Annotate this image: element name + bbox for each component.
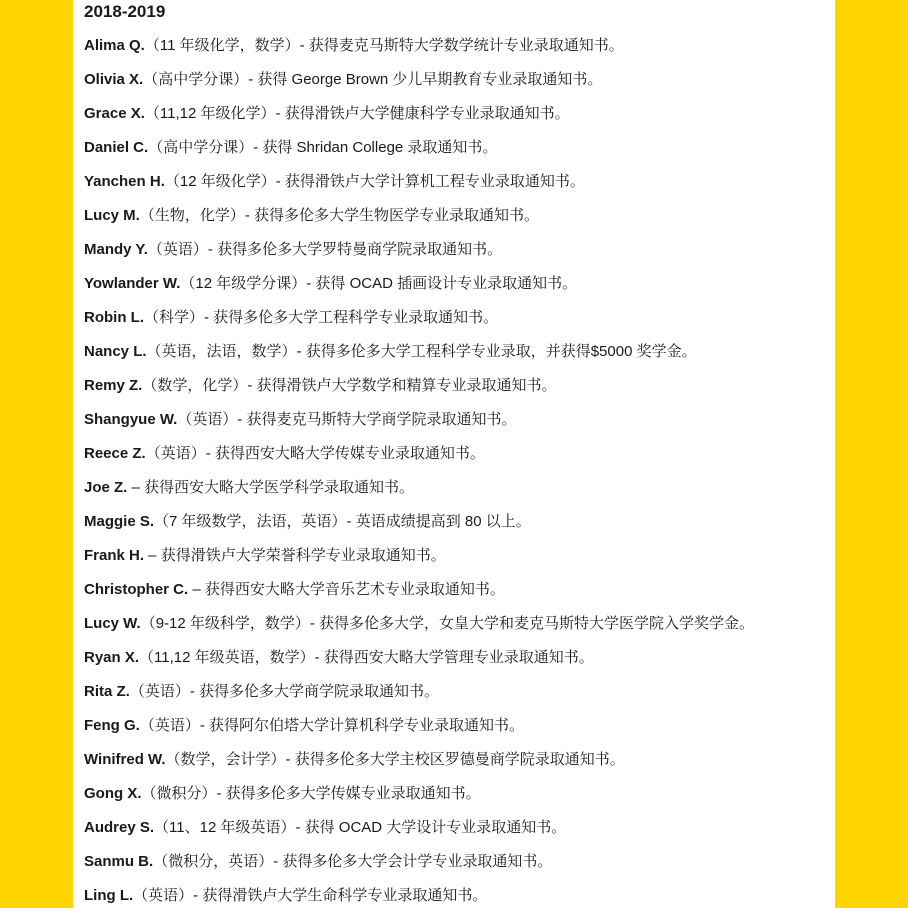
student-name: Nancy L.	[84, 343, 147, 360]
student-name: Feng G.	[84, 717, 140, 734]
student-name: Grace X.	[84, 105, 145, 122]
student-name: Reece Z.	[84, 445, 146, 462]
student-name: Olivia X.	[84, 71, 143, 88]
admission-entry: Alima Q.（11 年级化学，数学）- 获得麦克马斯特大学数学统计专业录取通…	[84, 36, 827, 55]
admission-entry: Winifred W.（数学，会计学）- 获得多伦多大学主校区罗德曼商学院录取通…	[84, 750, 827, 769]
admission-entry: Maggie S.（7 年级数学，法语，英语）- 英语成绩提高到 80 以上。	[84, 512, 827, 531]
entry-detail: – 获得西安大略大学音乐艺术专业录取通知书。	[188, 581, 505, 598]
admission-entry: Remy Z.（数学，化学）- 获得滑铁卢大学数学和精算专业录取通知书。	[84, 376, 827, 395]
entry-detail: （7 年级数学，法语，英语）- 英语成绩提高到 80 以上。	[154, 513, 531, 530]
admission-entry: Yowlander W.（12 年级学分课）- 获得 OCAD 插画设计专业录取…	[84, 274, 827, 293]
entry-detail: （数学，化学）- 获得滑铁卢大学数学和精算专业录取通知书。	[142, 377, 556, 394]
page-title: 2018-2019	[84, 2, 827, 21]
student-name: Remy Z.	[84, 377, 142, 394]
entry-detail: – 获得滑铁卢大学荣誉科学专业录取通知书。	[144, 547, 446, 564]
admission-entry: Audrey S.（11、12 年级英语）- 获得 OCAD 大学设计专业录取通…	[84, 818, 827, 837]
entry-detail: （英语）- 获得滑铁卢大学生命科学专业录取通知书。	[133, 887, 487, 904]
student-name: Gong X.	[84, 785, 142, 802]
entry-detail: （11、12 年级英语）- 获得 OCAD 大学设计专业录取通知书。	[154, 819, 566, 836]
student-name: Alima Q.	[84, 37, 145, 54]
entry-detail: （英语）- 获得麦克马斯特大学商学院录取通知书。	[177, 411, 516, 428]
admission-entry: Lucy W.（9-12 年级科学，数学）- 获得多伦多大学，女皇大学和麦克马斯…	[84, 614, 827, 633]
admission-entry: Gong X.（微积分）- 获得多伦多大学传媒专业录取通知书。	[84, 784, 827, 803]
admission-entry: Sanmu B.（微积分，英语）- 获得多伦多大学会计学专业录取通知书。	[84, 852, 827, 871]
entry-detail: （英语）- 获得西安大略大学传媒专业录取通知书。	[146, 445, 485, 462]
student-name: Winifred W.	[84, 751, 166, 768]
entry-detail: （英语，法语，数学）- 获得多伦多大学工程科学专业录取，并获得$5000 奖学金…	[147, 343, 697, 360]
document-content: 2018-2019 Alima Q.（11 年级化学，数学）- 获得麦克马斯特大…	[73, 0, 835, 908]
entry-detail: （11,12 年级化学）- 获得滑铁卢大学健康科学专业录取通知书。	[145, 105, 570, 122]
entry-detail: （12 年级化学）- 获得滑铁卢大学计算机工程专业录取通知书。	[165, 173, 585, 190]
student-name: Maggie S.	[84, 513, 154, 530]
student-name: Christopher C.	[84, 581, 188, 598]
entry-detail: （11 年级化学，数学）- 获得麦克马斯特大学数学统计专业录取通知书。	[145, 37, 624, 54]
student-name: Rita Z.	[84, 683, 130, 700]
entry-detail: （生物，化学）- 获得多伦多大学生物医学专业录取通知书。	[140, 207, 539, 224]
admission-entry: Robin L.（科学）- 获得多伦多大学工程科学专业录取通知书。	[84, 308, 827, 327]
student-name: Robin L.	[84, 309, 144, 326]
entry-detail: （高中学分课）- 获得 Shridan College 录取通知书。	[148, 139, 497, 156]
admission-entry: Shangyue W.（英语）- 获得麦克马斯特大学商学院录取通知书。	[84, 410, 827, 429]
student-name: Audrey S.	[84, 819, 154, 836]
entry-detail: （英语）- 获得多伦多大学罗特曼商学院录取通知书。	[148, 241, 502, 258]
student-name: Frank H.	[84, 547, 144, 564]
student-name: Joe Z.	[84, 479, 127, 496]
admission-entry: Olivia X.（高中学分课）- 获得 George Brown 少儿早期教育…	[84, 70, 827, 89]
admission-entry: Reece Z.（英语）- 获得西安大略大学传媒专业录取通知书。	[84, 444, 827, 463]
admission-entry: Nancy L.（英语，法语，数学）- 获得多伦多大学工程科学专业录取，并获得$…	[84, 342, 827, 361]
page-background: 2018-2019 Alima Q.（11 年级化学，数学）- 获得麦克马斯特大…	[0, 0, 908, 908]
student-name: Daniel C.	[84, 139, 148, 156]
admission-entry: Christopher C. – 获得西安大略大学音乐艺术专业录取通知书。	[84, 580, 827, 599]
admission-entry: Yanchen H.（12 年级化学）- 获得滑铁卢大学计算机工程专业录取通知书…	[84, 172, 827, 191]
student-name: Ryan X.	[84, 649, 139, 666]
student-name: Lucy W.	[84, 615, 141, 632]
admission-entry: Feng G.（英语）- 获得阿尔伯塔大学计算机科学专业录取通知书。	[84, 716, 827, 735]
entry-detail: （科学）- 获得多伦多大学工程科学专业录取通知书。	[144, 309, 498, 326]
student-name: Yowlander W.	[84, 275, 180, 292]
entry-detail: （12 年级学分课）- 获得 OCAD 插画设计专业录取通知书。	[180, 275, 577, 292]
student-name: Mandy Y.	[84, 241, 148, 258]
entry-detail: （英语）- 获得多伦多大学商学院录取通知书。	[130, 683, 439, 700]
entry-detail: （数学，会计学）- 获得多伦多大学主校区罗德曼商学院录取通知书。	[166, 751, 625, 768]
admission-entry: Ryan X.（11,12 年级英语，数学）- 获得西安大略大学管理专业录取通知…	[84, 648, 827, 667]
entry-detail: （英语）- 获得阿尔伯塔大学计算机科学专业录取通知书。	[140, 717, 524, 734]
admission-entry: Lucy M.（生物，化学）- 获得多伦多大学生物医学专业录取通知书。	[84, 206, 827, 225]
admissions-list: Alima Q.（11 年级化学，数学）- 获得麦克马斯特大学数学统计专业录取通…	[84, 36, 827, 905]
admission-entry: Joe Z. – 获得西安大略大学医学科学录取通知书。	[84, 478, 827, 497]
admission-entry: Ling L.（英语）- 获得滑铁卢大学生命科学专业录取通知书。	[84, 886, 827, 905]
student-name: Lucy M.	[84, 207, 140, 224]
admission-entry: Mandy Y.（英语）- 获得多伦多大学罗特曼商学院录取通知书。	[84, 240, 827, 259]
entry-detail: （11,12 年级英语，数学）- 获得西安大略大学管理专业录取通知书。	[139, 649, 594, 666]
admission-entry: Frank H. – 获得滑铁卢大学荣誉科学专业录取通知书。	[84, 546, 827, 565]
entry-detail: （微积分）- 获得多伦多大学传媒专业录取通知书。	[142, 785, 481, 802]
admission-entry: Daniel C.（高中学分课）- 获得 Shridan College 录取通…	[84, 138, 827, 157]
entry-detail: （9-12 年级科学，数学）- 获得多伦多大学，女皇大学和麦克马斯特大学医学院入…	[141, 615, 754, 632]
entry-detail: – 获得西安大略大学医学科学录取通知书。	[127, 479, 414, 496]
student-name: Sanmu B.	[84, 853, 153, 870]
student-name: Shangyue W.	[84, 411, 177, 428]
admission-entry: Rita Z.（英语）- 获得多伦多大学商学院录取通知书。	[84, 682, 827, 701]
student-name: Yanchen H.	[84, 173, 165, 190]
entry-detail: （高中学分课）- 获得 George Brown 少儿早期教育专业录取通知书。	[143, 71, 602, 88]
entry-detail: （微积分，英语）- 获得多伦多大学会计学专业录取通知书。	[153, 853, 552, 870]
student-name: Ling L.	[84, 887, 133, 904]
admission-entry: Grace X.（11,12 年级化学）- 获得滑铁卢大学健康科学专业录取通知书…	[84, 104, 827, 123]
